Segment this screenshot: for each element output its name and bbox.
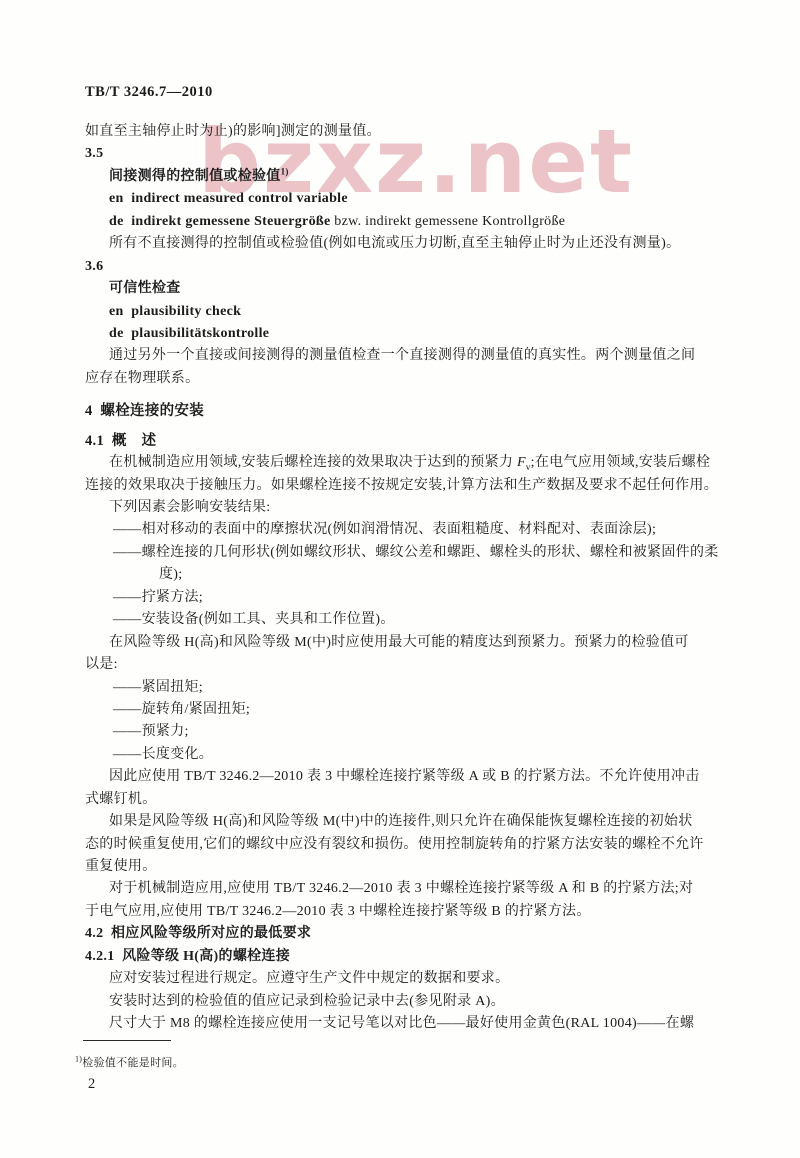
text-line: ——螺栓连接的几何形状(例如螺纹形状、螺纹公差和螺距、螺栓头的形状、螺栓和被紧固… bbox=[85, 542, 747, 564]
text-line: ——拧紧方法; bbox=[85, 587, 747, 609]
text-segment: 应存在物理联系。 bbox=[85, 371, 199, 386]
text-line: 应对安装过程进行规定。应遵守生产文件中规定的数据和要求。 bbox=[85, 968, 747, 990]
text-segment: 4.2 相应风险等级所对应的最低要求 bbox=[85, 926, 311, 941]
text-segment: ——旋转角/紧固扭矩; bbox=[113, 702, 250, 717]
text-line: 4.1 概 述 bbox=[85, 430, 747, 452]
text-line: 尺寸大于 M8 的螺栓连接应使用一支记号笔以对比色——最好使用金黄色(RAL 1… bbox=[85, 1013, 747, 1035]
text-segment: 4.2.1 风险等级 H(高)的螺栓连接 bbox=[85, 949, 290, 964]
text-segment: 下列因素会影响安装结果: bbox=[109, 500, 271, 515]
text-segment: ——相对移动的表面中的摩擦状况(例如润滑情况、表面粗糙度、材料配对、表面涂层); bbox=[113, 522, 656, 537]
text-segment: bzw. indirekt gemessene Kontrollgröße bbox=[330, 214, 565, 229]
text-segment: 连接的效果取决于接触压力。如果螺栓连接不按规定安装,计算方法和生产数据及要求不起… bbox=[85, 478, 718, 493]
text-line: ——安装设备(例如工具、夹具和工作位置)。 bbox=[85, 609, 747, 631]
text-line: 3.6 bbox=[85, 256, 747, 278]
text-segment: 所有不直接测得的控制值或检验值(例如电流或压力切断,直至主轴停止时为止还没有测量… bbox=[109, 236, 680, 251]
text-line: 所有不直接测得的控制值或检验值(例如电流或压力切断,直至主轴停止时为止还没有测量… bbox=[85, 233, 747, 255]
text-line: 因此应使用 TB/T 3246.2—2010 表 3 中螺栓连接拧紧等级 A 或… bbox=[85, 766, 747, 788]
text-segment: 通过另外一个直接或间接测得的测量值检查一个直接测得的测量值的真实性。两个测量值之… bbox=[109, 348, 695, 363]
text-segment: 在风险等级 H(高)和风险等级 M(中)时应使用最大可能的精度达到预紧力。预紧力… bbox=[109, 635, 689, 650]
page-number: 2 bbox=[88, 1076, 95, 1093]
content-lines: 如直至主轴停止时为止)的影响]测定的测量值。3.5间接测得的控制值或检验值1)e… bbox=[85, 121, 747, 1036]
text-line: 通过另外一个直接或间接测得的测量值检查一个直接测得的测量值的真实性。两个测量值之… bbox=[85, 345, 747, 367]
text-segment: 间接测得的控制值或检验值 bbox=[109, 169, 281, 184]
text-line: ——紧固扭矩; bbox=[85, 677, 747, 699]
text-line: 如果是风险等级 H(高)和风险等级 M(中)中的连接件,则只允许在确保能恢复螺栓… bbox=[85, 811, 747, 833]
text-line: 以是: bbox=[85, 654, 747, 676]
text-segment: 因此应使用 TB/T 3246.2—2010 表 3 中螺栓连接拧紧等级 A 或… bbox=[109, 769, 700, 784]
text-line: 下列因素会影响安装结果: bbox=[85, 497, 747, 519]
text-line: 4.2 相应风险等级所对应的最低要求 bbox=[85, 923, 747, 945]
text-line: en indirect measured control variable bbox=[85, 188, 747, 210]
text-line: 安装时达到的检验值的值应记录到检验记录中去(参见附录 A)。 bbox=[85, 991, 747, 1013]
text-segment: de indirekt gemessene Steuergröße bbox=[109, 214, 330, 229]
text-line: de plausibilitätskontrolle bbox=[85, 323, 747, 345]
text-segment: ——预紧力; bbox=[113, 724, 189, 739]
text-line: 度); bbox=[85, 564, 747, 586]
text-line: 可信性检查 bbox=[85, 278, 747, 300]
text-line: 重复使用。 bbox=[85, 856, 747, 878]
text-line: ——长度变化。 bbox=[85, 744, 747, 766]
text-segment: en plausibility check bbox=[109, 304, 241, 319]
text-segment: 安装时达到的检验值的值应记录到检验记录中去(参见附录 A)。 bbox=[109, 994, 505, 1009]
text-segment: 4 螺栓连接的安装 bbox=[85, 403, 204, 419]
text-line: 如直至主轴停止时为止)的影响]测定的测量值。 bbox=[85, 121, 747, 143]
superscript: 1) bbox=[281, 166, 289, 176]
text-line: en plausibility check bbox=[85, 301, 747, 323]
footnote: 1)检验值不能是时间。 bbox=[75, 1054, 184, 1070]
footnote-separator bbox=[83, 1040, 171, 1041]
text-segment: ;在电气应用领域,安装后螺栓 bbox=[531, 455, 711, 470]
text-segment: 尺寸大于 M8 的螺栓连接应使用一支记号笔以对比色——最好使用金黄色(RAL 1… bbox=[109, 1016, 694, 1031]
text-line: 3.5 bbox=[85, 143, 747, 165]
footnote-text: 检验值不能是时间。 bbox=[82, 1057, 184, 1069]
text-line: 间接测得的控制值或检验值1) bbox=[85, 166, 747, 188]
text-segment: 如果是风险等级 H(高)和风险等级 M(中)中的连接件,则只允许在确保能恢复螺栓… bbox=[109, 814, 693, 829]
text-segment: 度); bbox=[159, 567, 182, 582]
text-segment: 3.6 bbox=[85, 259, 103, 274]
text-segment: 态的时候重复使用,它们的螺纹中应没有裂纹和损伤。使用控制旋转角的拧紧方法安装的螺… bbox=[85, 837, 704, 852]
text-line: 对于机械制造应用,应使用 TB/T 3246.2—2010 表 3 中螺栓连接拧… bbox=[85, 878, 747, 900]
text-segment: 在机械制造应用领域,安装后螺栓连接的效果取决于达到的预紧力 bbox=[109, 455, 517, 470]
text-segment: 对于机械制造应用,应使用 TB/T 3246.2—2010 表 3 中螺栓连接拧… bbox=[109, 881, 693, 896]
text-segment: ——螺栓连接的几何形状(例如螺纹形状、螺纹公差和螺距、螺栓头的形状、螺栓和被紧固… bbox=[113, 545, 719, 560]
text-segment: ——拧紧方法; bbox=[113, 590, 203, 605]
text-line: 连接的效果取决于接触压力。如果螺栓连接不按规定安装,计算方法和生产数据及要求不起… bbox=[85, 475, 747, 497]
text-segment: ——长度变化。 bbox=[113, 747, 213, 762]
text-line: ——预紧力; bbox=[85, 721, 747, 743]
text-segment: 3.5 bbox=[85, 146, 103, 161]
text-segment: 式螺钉机。 bbox=[85, 792, 157, 807]
text-line: 态的时候重复使用,它们的螺纹中应没有裂纹和损伤。使用控制旋转角的拧紧方法安装的螺… bbox=[85, 834, 747, 856]
text-line: 4.2.1 风险等级 H(高)的螺栓连接 bbox=[85, 946, 747, 968]
standard-number-header: TB/T 3246.7—2010 bbox=[85, 84, 213, 101]
text-line: 在风险等级 H(高)和风险等级 M(中)时应使用最大可能的精度达到预紧力。预紧力… bbox=[85, 632, 747, 654]
text-line: de indirekt gemessene Steuergröße bzw. i… bbox=[85, 211, 747, 233]
text-segment: ——安装设备(例如工具、夹具和工作位置)。 bbox=[113, 612, 395, 627]
text-line: 4 螺栓连接的安装 bbox=[85, 400, 747, 422]
text-segment: 如直至主轴停止时为止)的影响]测定的测量值。 bbox=[85, 124, 381, 139]
text-segment: 可信性检查 bbox=[109, 281, 181, 296]
scanned-document-page: TB/T 3246.7—2010 bzxz.net 如直至主轴停止时为止)的影响… bbox=[0, 0, 800, 1158]
text-segment: 以是: bbox=[85, 657, 118, 672]
text-segment: 4.1 概 述 bbox=[85, 433, 156, 449]
text-line: ——旋转角/紧固扭矩; bbox=[85, 699, 747, 721]
text-segment: 于电气应用,应使用 TB/T 3246.2—2010 表 3 中螺栓连接拧紧等级… bbox=[85, 904, 591, 919]
text-line: 在机械制造应用领域,安装后螺栓连接的效果取决于达到的预紧力 Fv;在电气应用领域… bbox=[85, 452, 747, 474]
text-segment: en indirect measured control variable bbox=[109, 191, 348, 206]
text-line: 于电气应用,应使用 TB/T 3246.2—2010 表 3 中螺栓连接拧紧等级… bbox=[85, 901, 747, 923]
text-segment: 重复使用。 bbox=[85, 859, 157, 874]
text-segment: ——紧固扭矩; bbox=[113, 680, 203, 695]
text-line: ——相对移动的表面中的摩擦状况(例如润滑情况、表面粗糙度、材料配对、表面涂层); bbox=[85, 519, 747, 541]
text-line: 应存在物理联系。 bbox=[85, 368, 747, 390]
text-segment: F bbox=[517, 455, 526, 470]
text-segment: 应对安装过程进行规定。应遵守生产文件中规定的数据和要求。 bbox=[109, 971, 509, 986]
text-segment: de plausibilitätskontrolle bbox=[109, 326, 269, 341]
text-line: 式螺钉机。 bbox=[85, 789, 747, 811]
